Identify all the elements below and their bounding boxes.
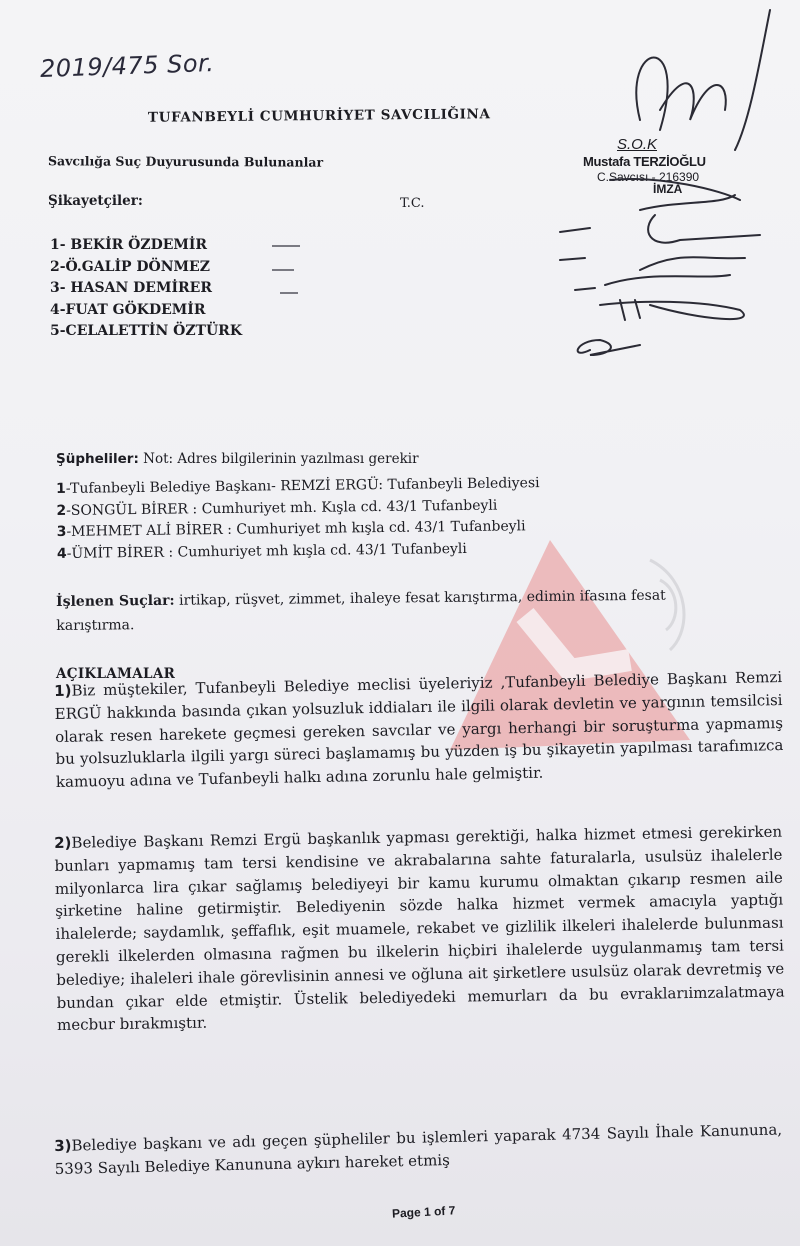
handwritten-reference-number: 2019/475 Sor. bbox=[40, 49, 215, 83]
suspects-heading: Şüpheliler: Not: Adres bilgilerinin yazı… bbox=[56, 451, 419, 467]
complainant-list: 1- BEKİR ÖZDEMİR 2-Ö.GALİP DÖNMEZ 3- HAS… bbox=[50, 235, 242, 343]
stamp-name: Mustafa TERZİOĞLU bbox=[583, 154, 706, 169]
scanned-document-page: 2019/475 Sor. TUFANBEYLİ CUMHURİYET SAVC… bbox=[0, 0, 800, 1246]
complainant-item: 5-CELALETTİN ÖZTÜRK bbox=[50, 321, 242, 343]
crimes-label: İşlenen Suçlar: bbox=[56, 593, 175, 610]
document-subtitle: Savcılığa Suç Duyurusunda Bulunanlar bbox=[48, 153, 323, 169]
signature-line bbox=[272, 269, 294, 271]
complainant-item: 1- BEKİR ÖZDEMİR bbox=[50, 235, 242, 257]
suspect-list: 1-Tufanbeyli Belediye Başkanı- REMZİ ERG… bbox=[56, 473, 541, 565]
suspects-note: Not: Adres bilgilerinin yazılması gereki… bbox=[143, 451, 418, 467]
tc-label: T.C. bbox=[400, 196, 425, 211]
document-title: TUFANBEYLİ CUMHURİYET SAVCILIĞINA bbox=[148, 106, 491, 126]
page-number: Page 1 of 7 bbox=[392, 1203, 456, 1220]
complainants-label: Şikayetçiler: bbox=[48, 193, 143, 209]
signature-line bbox=[280, 292, 298, 294]
paragraph-3: 3)Belediye başkanı ve adı geçen şüphelil… bbox=[54, 1118, 783, 1180]
stamp-role: C.Savcısı - 216390 bbox=[597, 170, 699, 184]
complainant-item: 2-Ö.GALİP DÖNMEZ bbox=[50, 257, 242, 279]
suspects-label: Şüpheliler: bbox=[56, 451, 139, 467]
stamp-initials: S.O.K bbox=[617, 136, 657, 153]
crimes-section: İşlenen Suçlar: irtikap, rüşvet, zimmet,… bbox=[56, 583, 746, 638]
stamp-signature-label: İMZA bbox=[653, 182, 682, 196]
complainant-item: 4-FUAT GÖKDEMİR bbox=[50, 300, 242, 322]
signature-line bbox=[272, 245, 300, 247]
paragraph-2: 2)Belediye Başkanı Remzi Ergü başkanlık … bbox=[54, 821, 785, 1038]
complainant-item: 3- HASAN DEMİRER bbox=[50, 278, 242, 300]
paragraph-1: 1)Biz müştekiler, Tufanbeyli Belediye me… bbox=[54, 666, 784, 794]
